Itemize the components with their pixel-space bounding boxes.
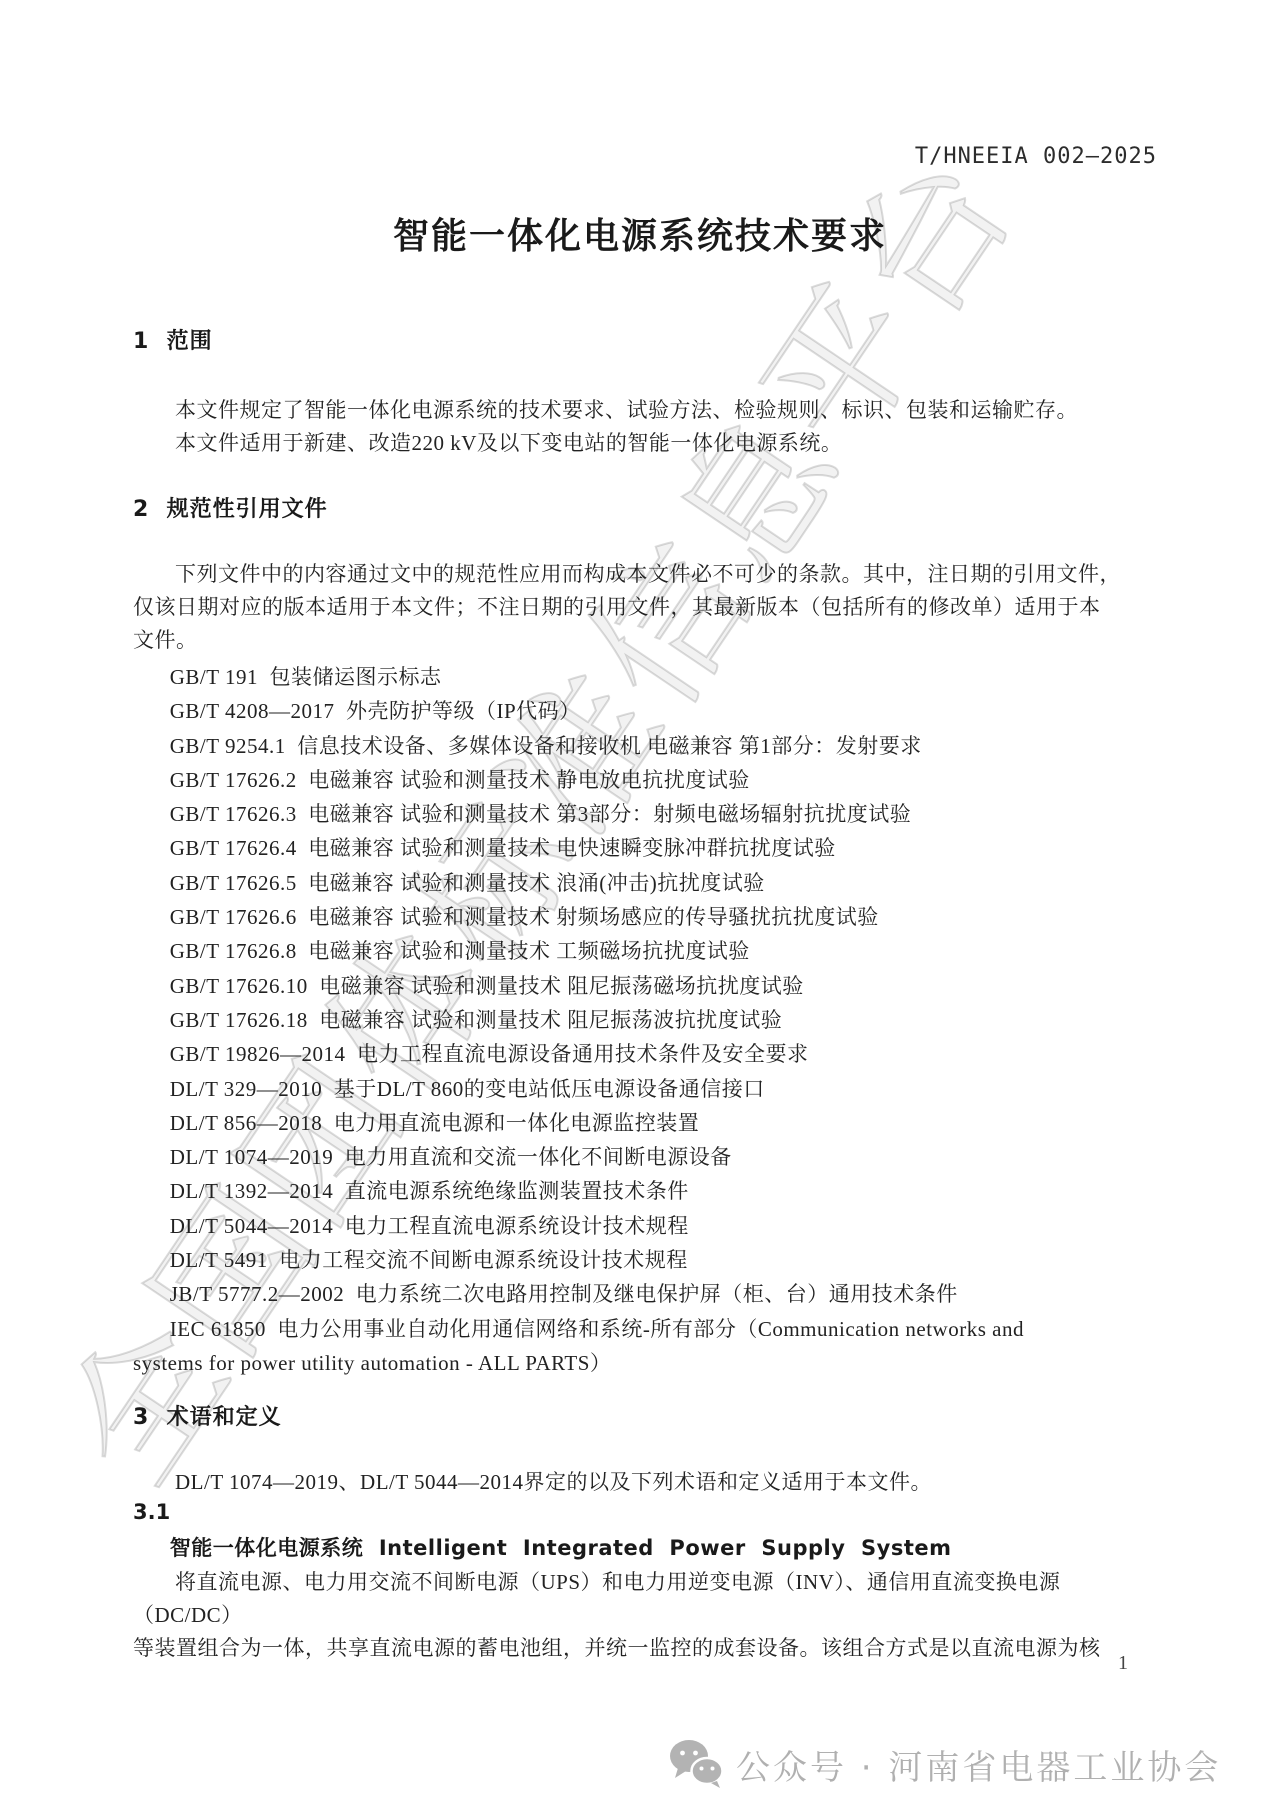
reference-item: DL/T 1392—2014 直流电源系统绝缘监测装置技术条件 — [133, 1174, 1162, 1208]
section-2-intro: 下列文件中的内容通过文中的规范性应用而构成本文件必不可少的条款。其中，注日期的引… — [133, 558, 1162, 657]
footer-label: 公众号 · 河南省电器工业协会 — [736, 1740, 1221, 1789]
page-number: 1 — [1118, 1652, 1128, 1675]
section-3-intro: DL/T 1074—2019、DL/T 5044—2014界定的以及下列术语和定… — [133, 1466, 1162, 1499]
reference-item: GB/T 191 包装储运图示标志 — [133, 660, 1162, 694]
reference-item: GB/T 17626.5 电磁兼容 试验和测量技术 浪涌(冲击)抗扰度试验 — [133, 866, 1162, 900]
reference-item: IEC 61850 电力公用事业自动化用通信网络和系统-所有部分（Communi… — [133, 1312, 1162, 1381]
section-1-paragraph-1: 本文件规定了智能一体化电源系统的技术要求、试验方法、检验规则、标识、包装和运输贮… — [133, 394, 1162, 427]
footer-branding: 公众号 · 河南省电器工业协会 — [668, 1738, 1221, 1790]
reference-item: GB/T 17626.4 电磁兼容 试验和测量技术 电快速瞬变脉冲群抗扰度试验 — [133, 831, 1162, 865]
reference-item: DL/T 5491 电力工程交流不间断电源系统设计技术规程 — [133, 1243, 1162, 1277]
doc-code: T/HNEEIA 002—2025 — [915, 144, 1157, 169]
term-definition-wrap: 将直流电源、电力用交流不间断电源（UPS）和电力用逆变电源（INV）、通信用直流… — [133, 1566, 1162, 1665]
section-2-heading: 2 规范性引用文件 — [133, 492, 1162, 523]
reference-item: GB/T 17626.10 电磁兼容 试验和测量技术 阻尼振荡磁场抗扰度试验 — [133, 969, 1162, 1003]
section-3-intro-wrap: DL/T 1074—2019、DL/T 5044—2014界定的以及下列术语和定… — [133, 1466, 1162, 1499]
term-title: 智能一体化电源系统 Intelligent Integrated Power S… — [133, 1532, 1162, 1562]
reference-item: GB/T 17626.6 电磁兼容 试验和测量技术 射频场感应的传导骚扰抗扰度试… — [133, 900, 1162, 934]
reference-item: GB/T 17626.18 电磁兼容 试验和测量技术 阻尼振荡波抗扰度试验 — [133, 1003, 1162, 1037]
reference-item: DL/T 1074—2019 电力用直流和交流一体化不间断电源设备 — [133, 1140, 1162, 1174]
reference-item: DL/T 856—2018 电力用直流电源和一体化电源监控装置 — [133, 1106, 1162, 1140]
section-1-heading: 1 范围 — [133, 324, 1162, 355]
reference-item: GB/T 17626.2 电磁兼容 试验和测量技术 静电放电抗扰度试验 — [133, 763, 1162, 797]
reference-list: GB/T 191 包装储运图示标志 GB/T 4208—2017 外壳防护等级（… — [133, 660, 1162, 1380]
reference-item: GB/T 4208—2017 外壳防护等级（IP代码） — [133, 694, 1162, 728]
section-1-body: 本文件规定了智能一体化电源系统的技术要求、试验方法、检验规则、标识、包装和运输贮… — [133, 394, 1162, 460]
reference-item: GB/T 9254.1 信息技术设备、多媒体设备和接收机 电磁兼容 第1部分：发… — [133, 729, 1162, 763]
term-number: 3.1 — [133, 1500, 1162, 1524]
reference-item: GB/T 17626.8 电磁兼容 试验和测量技术 工频磁场抗扰度试验 — [133, 934, 1162, 968]
term-definition: 将直流电源、电力用交流不间断电源（UPS）和电力用逆变电源（INV）、通信用直流… — [133, 1566, 1162, 1665]
reference-item: DL/T 5044—2014 电力工程直流电源系统设计技术规程 — [133, 1209, 1162, 1243]
page-title: 智能一体化电源系统技术要求 — [0, 208, 1280, 259]
document-page: 全国团体标准信息平台 T/HNEEIA 002—2025 智能一体化电源系统技术… — [0, 0, 1280, 1810]
reference-item: JB/T 5777.2—2002 电力系统二次电路用控制及继电保护屏（柜、台）通… — [133, 1277, 1162, 1311]
section-1-paragraph-2: 本文件适用于新建、改造220 kV及以下变电站的智能一体化电源系统。 — [133, 427, 1162, 460]
wechat-icon — [668, 1738, 724, 1790]
reference-item: DL/T 329—2010 基于DL/T 860的变电站低压电源设备通信接口 — [133, 1072, 1162, 1106]
reference-item: GB/T 19826—2014 电力工程直流电源设备通用技术条件及安全要求 — [133, 1037, 1162, 1071]
section-2-intro-wrap: 下列文件中的内容通过文中的规范性应用而构成本文件必不可少的条款。其中，注日期的引… — [133, 558, 1162, 657]
reference-item: GB/T 17626.3 电磁兼容 试验和测量技术 第3部分：射频电磁场辐射抗扰… — [133, 797, 1162, 831]
section-3-heading: 3 术语和定义 — [133, 1400, 1162, 1431]
